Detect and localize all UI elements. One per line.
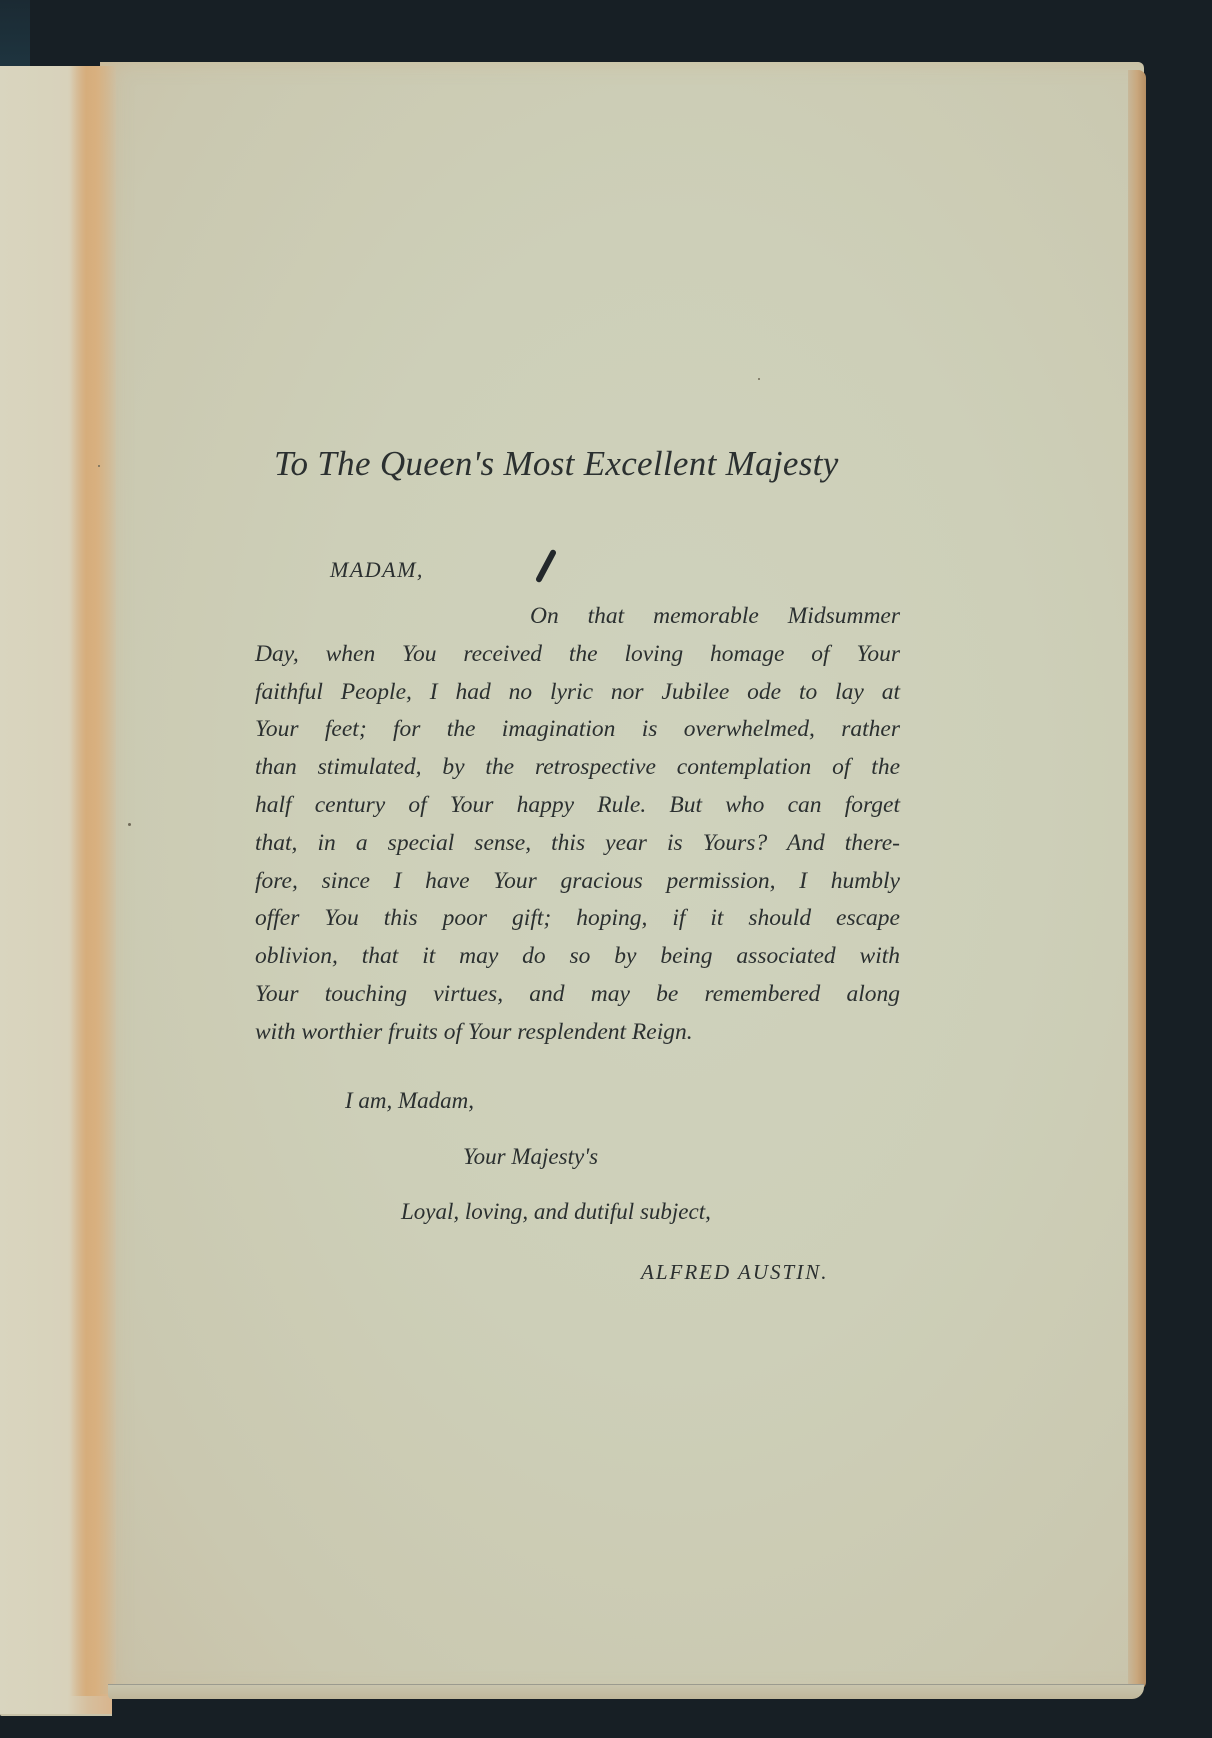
body-line: that, in a special sense, this year is Y… — [255, 825, 900, 863]
paper-speck — [98, 465, 100, 467]
closing-line: I am, Madam, — [345, 1088, 474, 1114]
body-line: than stimulated, by the retrospective co… — [255, 749, 900, 787]
body-line: half century of Your happy Rule. But who… — [255, 787, 900, 825]
closing-line: Loyal, loving, and dutiful subject, — [401, 1199, 711, 1225]
dedication-title: To The Queen's Most Excellent Majesty — [274, 444, 839, 484]
page-fore-edge — [1128, 70, 1146, 1690]
paper-speck — [758, 378, 760, 380]
body-line: with worthier fruits of Your resplendent… — [255, 1014, 900, 1052]
body-line: oblivion, that it may do so by being ass… — [255, 938, 900, 976]
dedication-body: On that memorable Midsummer Day, when Yo… — [255, 598, 900, 1052]
book-gutter — [70, 66, 116, 1696]
body-line: Day, when You received the loving homage… — [255, 636, 900, 674]
body-line: offer You this poor gift; hoping, if it … — [255, 900, 900, 938]
page-bottom-edge — [108, 1684, 1144, 1699]
body-line: fore, since I have Your gracious permiss… — [255, 863, 900, 901]
salutation: MADAM, — [330, 557, 424, 583]
body-line: On that memorable Midsummer — [255, 598, 900, 636]
book-cover-corner — [0, 0, 30, 70]
paper-speck — [128, 823, 131, 826]
closing-line: Your Majesty's — [463, 1144, 598, 1170]
body-line: Your touching virtues, and may be rememb… — [255, 976, 900, 1014]
body-line: Your feet; for the imagination is overwh… — [255, 711, 900, 749]
body-line: faithful People, I had no lyric nor Jubi… — [255, 674, 900, 712]
author-signature: ALFRED AUSTIN. — [641, 1260, 828, 1285]
